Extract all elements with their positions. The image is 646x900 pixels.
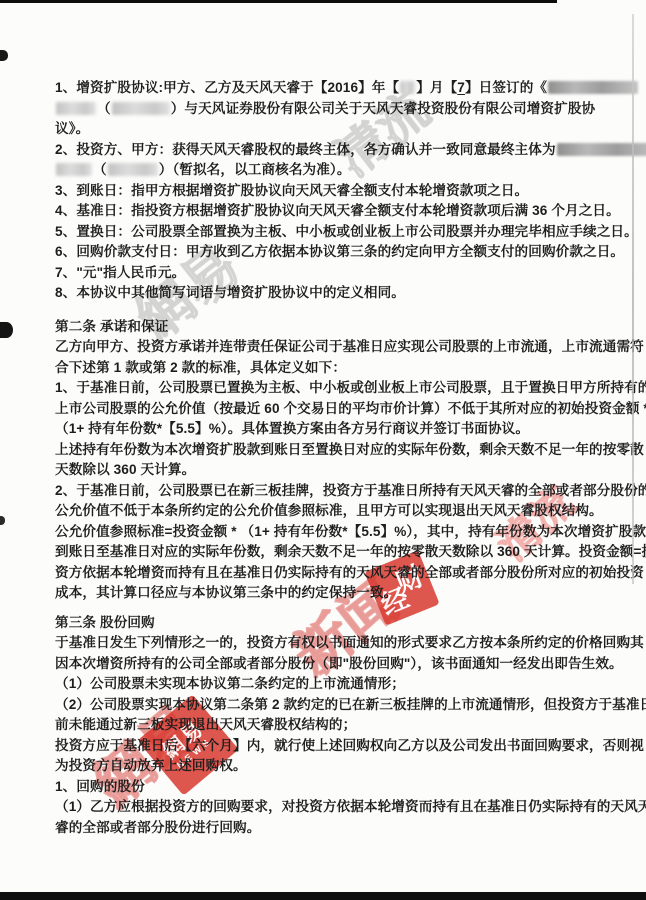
redaction-bar [108, 163, 158, 176]
text-segment: 成本，其计算口径应与本协议第三条中的约定保持一致。 [55, 585, 397, 600]
text-segment: 2、投资方、甲方：获得天风天睿股权的最终主体，各方确认并一致同意最终主体为 [55, 142, 556, 157]
text-segment: ）与天风证券股份有限公司关于天风天睿投资股份有限公司增资扩股协 [171, 101, 596, 116]
document-line: 因本次增资所持有的公司全部或者部分股份（即"股份回购"），该书面通知一经发出即告… [55, 654, 637, 675]
text-segment: 第三条 股份回购 [55, 615, 155, 630]
scan-mark [0, 322, 13, 338]
text-segment: （2）公司股票实现本协议第二条第 2 款约定的已在新三板挂牌的上市流通情形，但投… [55, 697, 646, 712]
document-line: （）与天风证券股份有限公司关于天风天睿投资股份有限公司增资扩股协 [55, 99, 637, 120]
text-segment: 因本次增资所持有的公司全部或者部分股份（即"股份回购"），该书面通知一经发出即告… [55, 656, 623, 671]
document-line: 8、本协议中其他简写词语与增资扩股协议中的定义相同。 [55, 283, 637, 304]
document-line: 上市公司股票的公允价值（按最近 60 个交易日的平均市价计算）不低于其所对应的初… [55, 399, 637, 420]
text-segment: 于基准日发生下列情形之一的，投资方有权以书面通知的形式要求乙方按本条所约定的价格… [55, 635, 644, 650]
text-segment: （1）公司股票未实现本协议第二条约定的上市流通情形； [55, 676, 405, 691]
document-line: 1、增资扩股协议:甲方、乙方及天风天睿于【2016】年【】月【7】日签订的《 [55, 78, 637, 99]
document-line: 1、于基准日前，公司股票已置换为主板、中小板或创业板上市公司股票，且于置换日甲方… [55, 378, 637, 399]
text-segment: 到账日至基准日对应的实际年份数，剩余天数不足一年的按零散天数除以 360 天计算… [55, 544, 646, 559]
document-line: 5、置换日：公司股票全部置换为主板、中小板或创业板上市公司股票并办理完毕相应手续… [55, 222, 637, 243]
text-segment: 上述持有年份数为本次增资扩股款到账日至置换日对应的实际年份数，剩余天数不足一年的… [55, 442, 644, 457]
document-line: 7、"元"指人民币元。 [55, 263, 637, 284]
text-segment: 4、基准日：指投资方根据增资扩股协议向天风天睿全额支付本轮增资款项后满 36 个… [55, 203, 620, 218]
text-segment: 投资方应于基准日后【六个月】内，就行使上述回购权向乙方以及公司发出书面回购要求，… [55, 738, 644, 753]
text-segment: 1、回购的股份 [55, 779, 145, 794]
redaction-bar [557, 143, 646, 156]
scan-mark [0, 50, 8, 61]
section-heading: 第二条 承诺和保证 [55, 317, 637, 338]
text-segment: ）（暂拟名，以工商核名为准）。 [159, 162, 351, 177]
document-line: 到账日至基准日对应的实际年份数，剩余天数不足一年的按零散天数除以 360 天计算… [55, 542, 637, 563]
text-segment: 为投资方自动放弃上述回购权。 [55, 758, 247, 773]
document-line: （1+ 持有年份数*【5.5】%）。具体置换方案由各方另行商议并签订书面协议。 [55, 419, 637, 440]
document-line: （）（暂拟名，以工商核名为准）。 [55, 160, 637, 181]
text-segment: 天数除以 360 天计算。 [55, 462, 195, 477]
text-segment: 】日签订的《 [465, 80, 547, 95]
document-line: （1）乙方应根据投资方的回购要求，对投资方依据本轮增资而持有且在基准日仍实际持有… [55, 797, 637, 818]
text-segment: （ [97, 101, 111, 116]
text-segment: 1、于基准日前，公司股票已置换为主板、中小板或创业板上市公司股票，且于置换日甲方… [55, 380, 646, 395]
text-segment: 7 [457, 80, 465, 95]
scan-edge-bottom [0, 892, 646, 900]
section-heading: 第三条 股份回购 [55, 613, 637, 634]
text-segment: 8、本协议中其他简写词语与增资扩股协议中的定义相同。 [55, 285, 405, 300]
scanned-document-page: 清流 網易 清流 網易 新闻 網易 NEWS 财 经 1、增资扩股协议:甲方、乙… [0, 0, 646, 900]
text-segment: （1+ 持有年份数*【5.5】%）。具体置换方案由各方另行商议并签订书面协议。 [55, 421, 529, 436]
text-segment: 1、增资扩股协议:甲方、乙方及天风天睿于【2016】年【 [55, 80, 399, 95]
text-segment: 睿的全部或者部分股份进行回购。 [55, 820, 260, 835]
redaction-bar [56, 163, 92, 176]
document-line: 公允价值参照标准=投资金额 * （1+ 持有年份数*【5.5】%），其中，持有年… [55, 522, 637, 543]
document-line: 上述持有年份数为本次增资扩股款到账日至置换日对应的实际年份数，剩余天数不足一年的… [55, 440, 637, 461]
document-line: 投资方应于基准日后【六个月】内，就行使上述回购权向乙方以及公司发出书面回购要求，… [55, 736, 637, 757]
text-segment: 3、到账日：指甲方根据增资扩股协议向天风天睿全额支付本轮增资款项之日。 [55, 183, 528, 198]
text-segment: （1）乙方应根据投资方的回购要求，对投资方依据本轮增资而持有且在基准日仍实际持有… [55, 799, 646, 814]
document-line: 4、基准日：指投资方根据增资扩股协议向天风天睿全额支付本轮增资款项后满 36 个… [55, 201, 637, 222]
redaction-bar [112, 102, 170, 115]
document-line: 3、到账日：指甲方根据增资扩股协议向天风天睿全额支付本轮增资款项之日。 [55, 181, 637, 202]
document-line: 为投资方自动放弃上述回购权。 [55, 756, 637, 777]
document-body: 1、增资扩股协议:甲方、乙方及天风天睿于【2016】年【】月【7】日签订的《（）… [55, 78, 637, 838]
text-segment: 乙方向甲方、投资方承诺并连带责任保证公司于基准日应实现公司股票的上市流通，上市流… [55, 339, 644, 354]
text-segment: 前未能通过新三板实现退出天风天睿股权结构的； [55, 717, 356, 732]
document-line: 合下述第 1 款或第 2 款的标准，具体定义如下： [55, 358, 637, 379]
text-segment: 合下述第 1 款或第 2 款的标准，具体定义如下： [55, 360, 346, 375]
document-line: 成本，其计算口径应与本协议第三条中的约定保持一致。 [55, 583, 637, 604]
redaction-bar [400, 81, 415, 94]
redaction-bar [548, 81, 638, 94]
text-segment: 6、回购价款支付日：甲方收到乙方依据本协议第三条的约定向甲方全额支付的回购价款之… [55, 244, 624, 259]
text-segment: 资方依据本轮增资而持有且在基准日仍实际持有的天风天睿的全部或者部分股份所对应的初… [55, 565, 644, 580]
scan-mark [0, 516, 5, 525]
document-line: 6、回购价款支付日：甲方收到乙方依据本协议第三条的约定向甲方全额支付的回购价款之… [55, 242, 637, 263]
text-segment: 】月【 [416, 80, 457, 95]
document-line: 前未能通过新三板实现退出天风天睿股权结构的； [55, 715, 637, 736]
document-line: 于基准日发生下列情形之一的，投资方有权以书面通知的形式要求乙方按本条所约定的价格… [55, 633, 637, 654]
document-line: 公允价值不低于本条所约定的公允价值参照标准，且甲方可以实现退出天风天睿股权结构。 [55, 501, 637, 522]
text-segment: 2、于基准日前，公司股票已在新三板挂牌，投资方于基准日所持有天风天睿的全部或者部… [55, 483, 646, 498]
document-line: 乙方向甲方、投资方承诺并连带责任保证公司于基准日应实现公司股票的上市流通，上市流… [55, 337, 637, 358]
redaction-bar [56, 102, 96, 115]
document-line: 资方依据本轮增资而持有且在基准日仍实际持有的天风天睿的全部或者部分股份所对应的初… [55, 563, 637, 584]
document-line: （2）公司股票实现本协议第二条第 2 款约定的已在新三板挂牌的上市流通情形，但投… [55, 695, 637, 716]
document-line: 2、投资方、甲方：获得天风天睿股权的最终主体，各方确认并一致同意最终主体为个 [55, 140, 637, 161]
document-line: 睿的全部或者部分股份进行回购。 [55, 818, 637, 839]
document-line: （1）公司股票未实现本协议第二条约定的上市流通情形； [55, 674, 637, 695]
text-segment: 上市公司股票的公允价值（按最近 60 个交易日的平均市价计算）不低于其所对应的初… [55, 401, 646, 416]
text-segment: 公允价值参照标准=投资金额 * （1+ 持有年份数*【5.5】%），其中，持有年… [55, 524, 646, 539]
scan-edge-top [0, 0, 557, 3]
document-line: 1、回购的股份 [55, 777, 637, 798]
text-segment: 第二条 承诺和保证 [55, 319, 168, 334]
text-segment: 5、置换日：公司股票全部置换为主板、中小板或创业板上市公司股票并办理完毕相应手续… [55, 224, 638, 239]
document-line: 2、于基准日前，公司股票已在新三板挂牌，投资方于基准日所持有天风天睿的全部或者部… [55, 481, 637, 502]
document-line: 天数除以 360 天计算。 [55, 460, 637, 481]
text-segment: 7、"元"指人民币元。 [55, 265, 185, 280]
document-line: 议》。 [55, 119, 637, 140]
text-segment: 议》。 [55, 121, 89, 136]
text-segment: （ [93, 162, 107, 177]
text-segment: 公允价值不低于本条所约定的公允价值参照标准，且甲方可以实现退出天风天睿股权结构。 [55, 503, 603, 518]
